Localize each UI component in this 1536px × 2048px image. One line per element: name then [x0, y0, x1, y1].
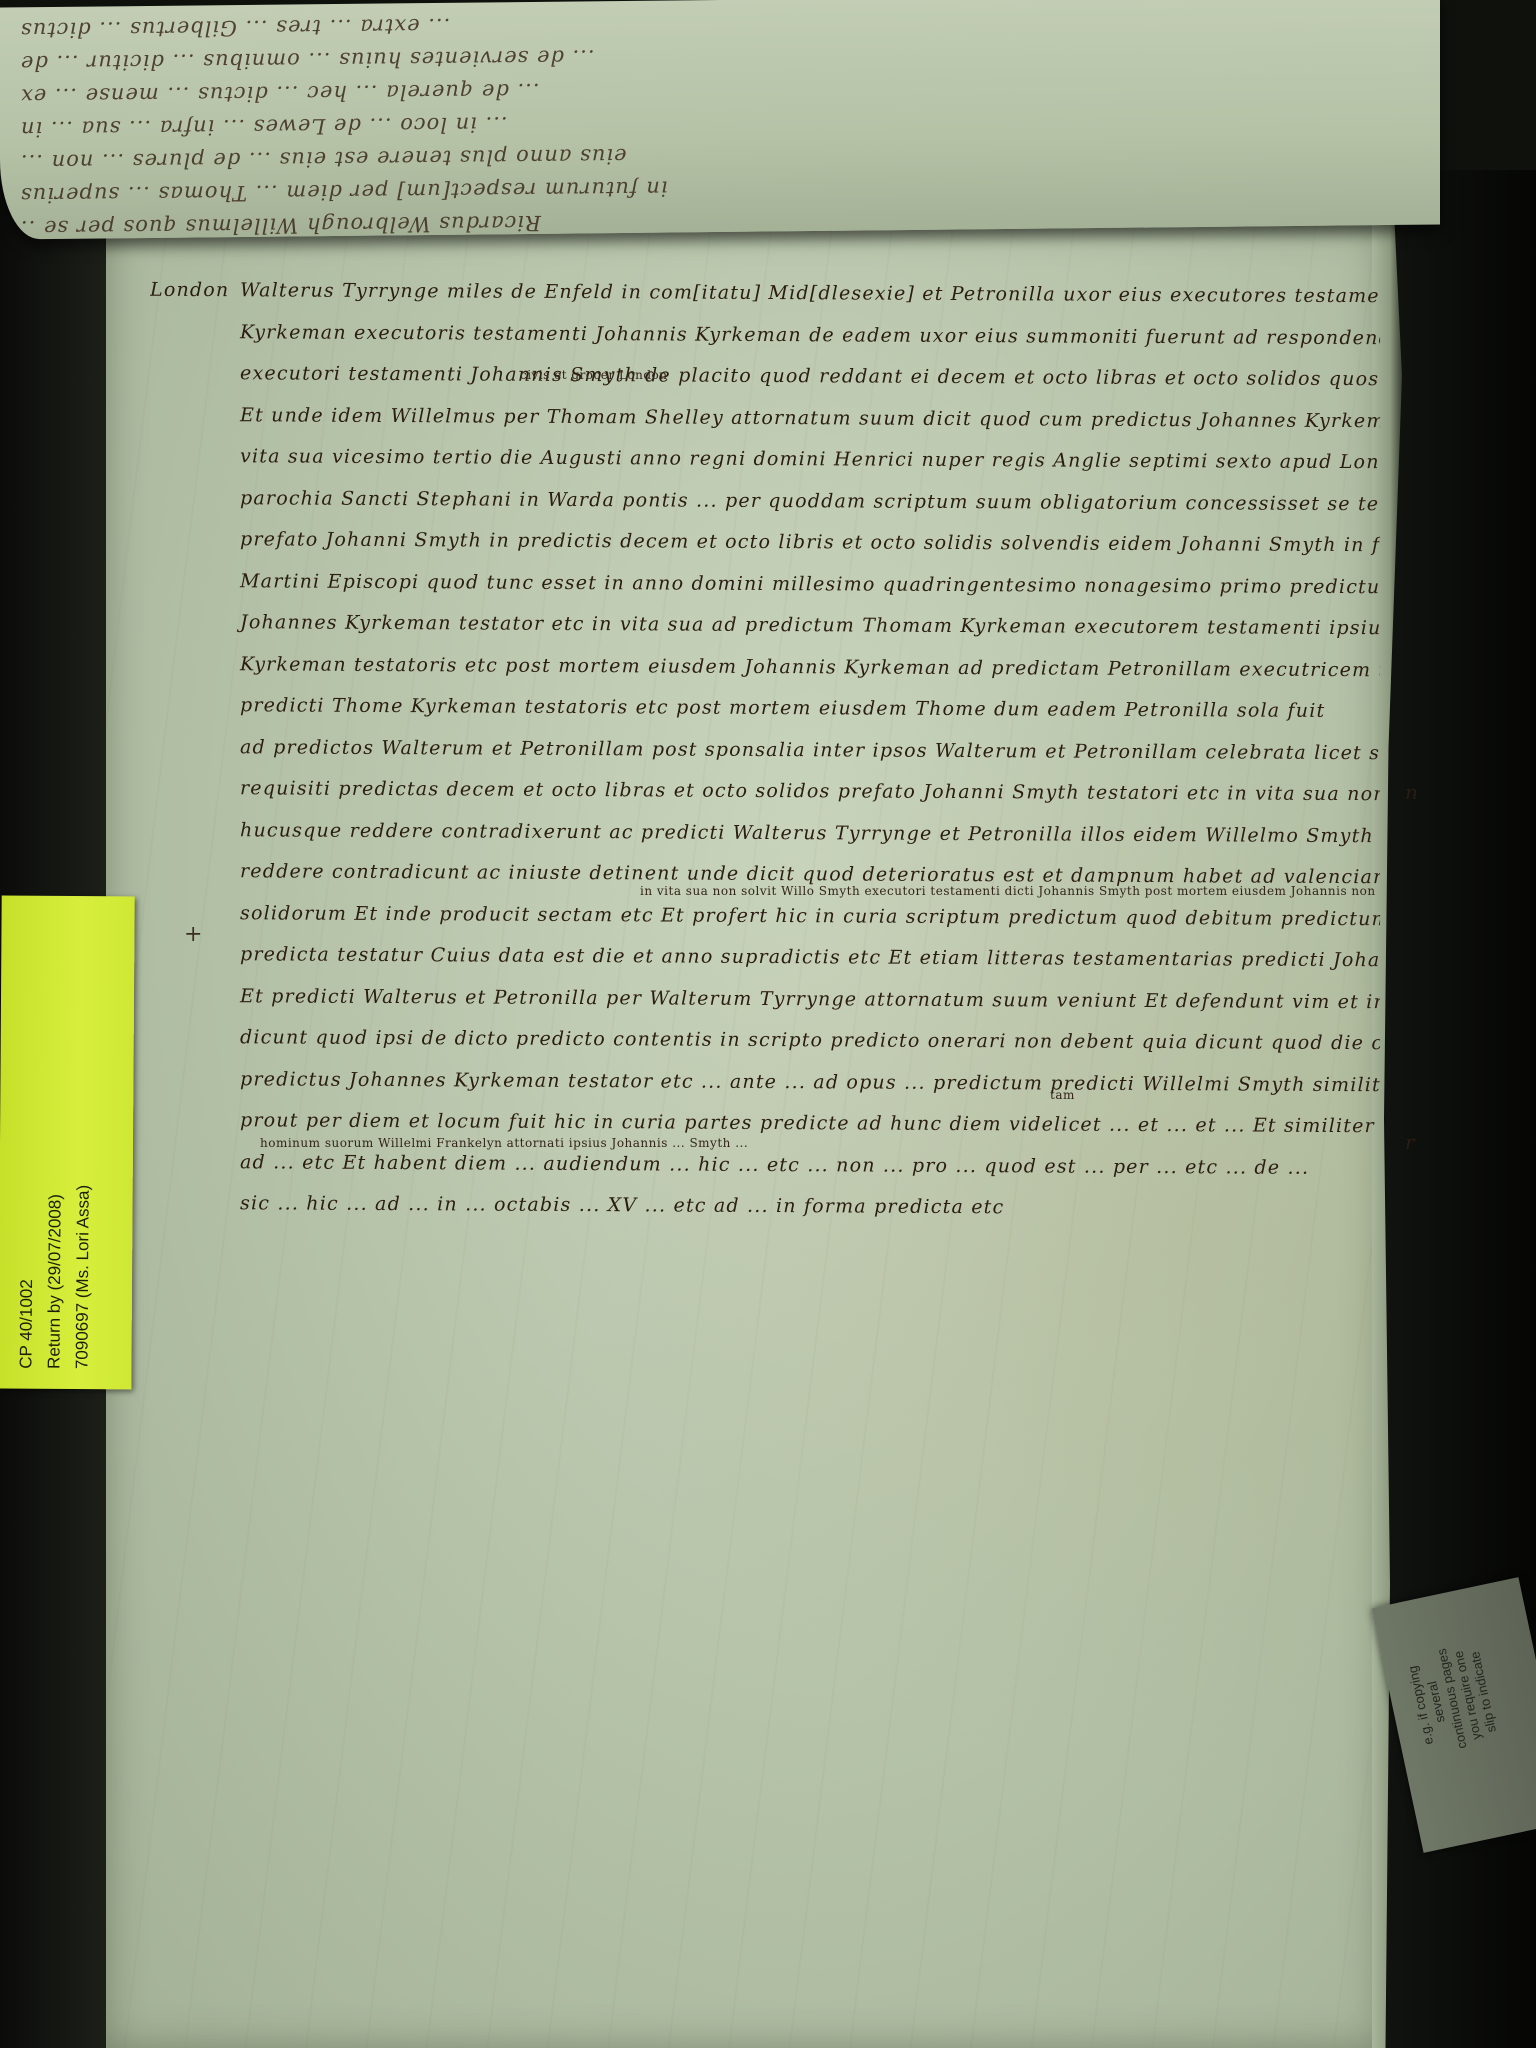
- manuscript-line: Johannes Kyrkeman testator etc in vita s…: [150, 611, 1380, 659]
- manuscript-line: ad ... etc Et habent diem ... audiendum …: [150, 1150, 1380, 1198]
- manuscript-line: ad predictos Walterum et Petronillam pos…: [150, 735, 1380, 783]
- copy-slip-text: e.g. if copying several continuous pages…: [1393, 1597, 1511, 1799]
- manuscript-line: solidorum Et inde producit sectam etc Et…: [150, 901, 1380, 949]
- manuscript-line: requisiti predictas decem et octo libras…: [150, 777, 1380, 825]
- manuscript-line: parochia Sancti Stephani in Warda pontis…: [150, 486, 1380, 534]
- interlinear-note: in vita sua non solvit Willo Smyth execu…: [640, 884, 1376, 898]
- interlinear-note: hominum suorum Willelmi Frankelyn attorn…: [260, 1136, 748, 1150]
- curled-membrane-text: Ricardus Welbrough Willelmus quos per se…: [20, 0, 1440, 240]
- manuscript-line: dicunt quod ipsi de dicto predicto conte…: [150, 1026, 1380, 1074]
- reader-id: 7090697 (Ms. Lori Assa): [68, 949, 99, 1369]
- manuscript-line: Kyrkeman executoris testamenti Johannis …: [150, 320, 1380, 368]
- manuscript-line: prefato Johanni Smyth in predictis decem…: [150, 528, 1380, 576]
- margin-cross-mark: +: [184, 922, 202, 947]
- manuscript-line: Et unde idem Willelmus per Thomam Shelle…: [150, 403, 1380, 451]
- manuscript-line: Et predicti Walterus et Petronilla per W…: [150, 984, 1380, 1032]
- manuscript-line: predicti Thome Kyrkeman testatoris etc p…: [150, 694, 1380, 742]
- manuscript-line: LondonWalterus Tyrrynge miles de Enfeld …: [150, 279, 1380, 327]
- margin-mark: r: [1405, 1130, 1415, 1154]
- manuscript-line: vita sua vicesimo tertio die Augusti ann…: [150, 445, 1380, 493]
- margin-mark: n: [1405, 780, 1418, 804]
- manuscript-line: hucusque reddere contradixerunt ac predi…: [150, 818, 1380, 866]
- curled-membrane: Ricardus Welbrough Willelmus quos per se…: [0, 0, 1440, 240]
- return-date: Return by (29/07/2008): [40, 949, 71, 1369]
- manuscript-line: executori testamenti Johannis Smyth de p…: [150, 362, 1380, 410]
- margin-heading: London: [150, 279, 240, 301]
- archive-slip-text: CP 40/1002 Return by (29/07/2008) 709069…: [12, 949, 99, 1370]
- interlinear-note: tam: [1050, 1088, 1075, 1102]
- manuscript-line: predictus Johannes Kyrkeman testator etc…: [150, 1067, 1380, 1115]
- manuscript-line: Kyrkeman testatoris etc post mortem eius…: [150, 652, 1380, 700]
- manuscript-line: predicta testatur Cuius data est die et …: [150, 943, 1380, 991]
- line-text: Walterus Tyrrynge miles de Enfeld in com…: [240, 279, 1380, 308]
- archive-production-slip: CP 40/1002 Return by (29/07/2008) 709069…: [0, 896, 135, 1390]
- interlinear-note: civis et grocer London: [520, 368, 667, 382]
- manuscript-line: Martini Episcopi quod tunc esset in anno…: [150, 569, 1380, 617]
- manuscript-text-block: LondonWalterus Tyrrynge miles de Enfeld …: [150, 282, 1380, 1237]
- manuscript-line: sic ... hic ... ad ... in ... octabis ..…: [150, 1192, 1380, 1240]
- document-reference: CP 40/1002: [12, 949, 43, 1369]
